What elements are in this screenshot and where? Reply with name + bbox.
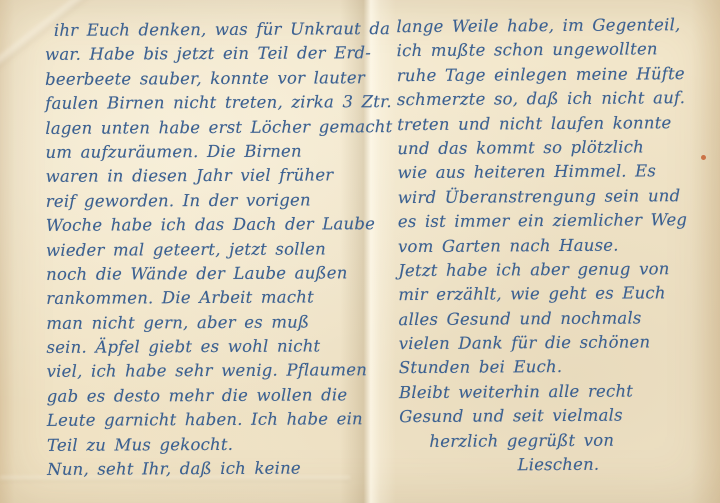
letter-line: Bleibt weiterhin alle recht (399, 379, 720, 406)
letter-line: noch die Wände der Laube außen (46, 261, 376, 287)
letter-line: waren in diesen Jahr viel früher (46, 163, 376, 189)
letter-line: wird Überanstrengung sein und (398, 184, 720, 211)
letter-line: vielen Dank für die schönen (399, 330, 720, 357)
letter-line: es ist immer ein ziemlicher Weg (398, 208, 720, 235)
letter-line: Teil zu Mus gekocht. (47, 432, 377, 458)
letter-paper: ihr Euch denken, was für Unkraut da war.… (0, 0, 720, 503)
letter-line: vom Garten nach Hause. (398, 232, 720, 259)
letter-line: viel, ich habe sehr wenig. Pflaumen (47, 359, 377, 385)
letter-line: ihr Euch denken, was für Unkraut da (45, 17, 375, 43)
letter-page-right: lange Weile habe, im Gegenteil, ich mußt… (396, 13, 720, 479)
letter-line: alles Gesund und nochmals (398, 306, 720, 333)
letter-line: Woche habe ich das Dach der Laube (46, 212, 376, 238)
letter-line: Nun, seht Ihr, daß ich keine (47, 456, 377, 482)
letter-line: wie aus heiteren Himmel. Es (397, 159, 719, 186)
letter-page-left: ihr Euch denken, was für Unkraut da war.… (45, 17, 377, 482)
letter-line: lagen unten habe erst Löcher gemacht (45, 115, 375, 141)
letter-line: herzlich gegrüßt von (399, 428, 720, 455)
letter-line: Gesund und seit vielmals (399, 403, 720, 430)
letter-line: lange Weile habe, im Gegenteil, (396, 13, 718, 40)
letter-line: beerbeete sauber, konnte vor lauter (45, 66, 375, 92)
letter-line: ruhe Tage einlegen meine Hüfte (397, 62, 719, 89)
letter-line: Stunden bei Euch. (399, 354, 720, 381)
letter-line: um aufzuräumen. Die Birnen (45, 139, 375, 165)
letter-line: Jetzt habe ich aber genug von (398, 257, 720, 284)
letter-line: faulen Birnen nicht treten, zirka 3 Ztr. (45, 90, 375, 116)
letter-line: rankommen. Die Arbeit macht (46, 285, 376, 311)
letter-line: man nicht gern, aber es muß (46, 310, 376, 336)
letter-line: schmerzte so, daß ich nicht auf. (397, 86, 719, 113)
letter-line: und das kommt so plötzlich (397, 135, 719, 162)
letter-line: ich mußte schon ungewollten (397, 37, 719, 64)
letter-line: gab es desto mehr die wollen die (47, 383, 377, 409)
letter-line: Leute garnicht haben. Ich habe ein (47, 407, 377, 433)
letter-line: war. Habe bis jetzt ein Teil der Erd- (45, 42, 375, 68)
letter-signature: Lieschen. (399, 452, 720, 479)
letter-line: sein. Äpfel giebt es wohl nicht (46, 334, 376, 360)
letter-line: wieder mal geteert, jetzt sollen (46, 237, 376, 263)
letter-line: mir erzählt, wie geht es Euch (398, 281, 720, 308)
letter-line: treten und nicht laufen konnte (397, 110, 719, 137)
letter-line: reif geworden. In der vorigen (46, 188, 376, 214)
